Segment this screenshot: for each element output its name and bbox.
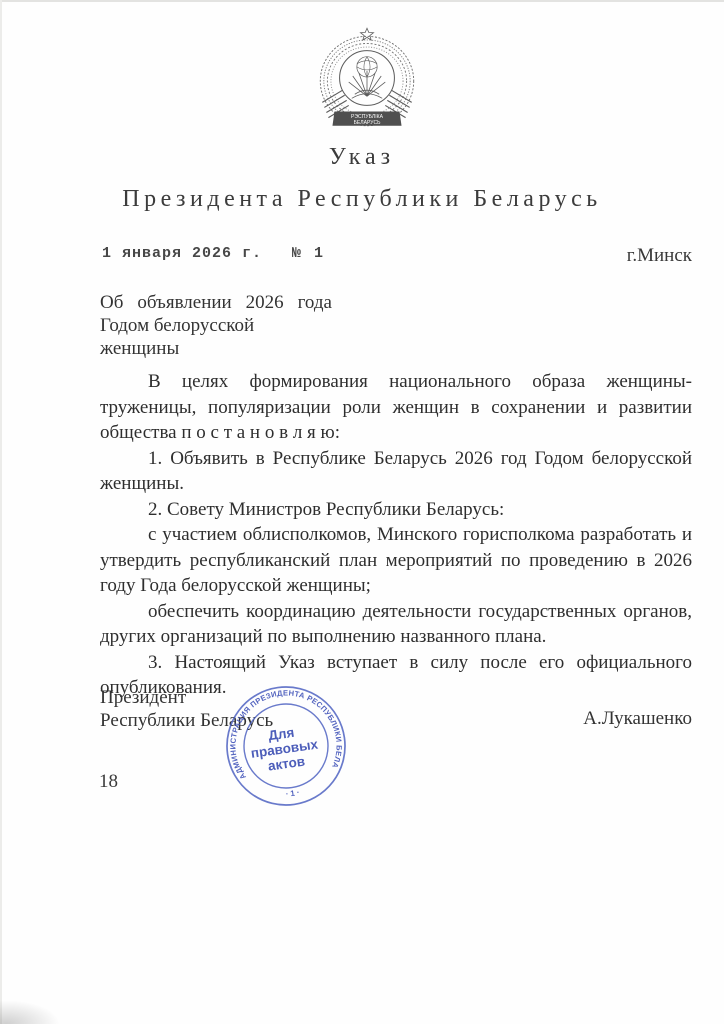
decree-document-page: РЭСПУБЛІКА БЕЛАРУСЬ Указ Президента Респ… bbox=[0, 0, 724, 1024]
official-stamp: АДМИНИСТРАЦИЯ ПРЕЗИДЕНТА РЕСПУБЛИКИ БЕЛА… bbox=[216, 676, 356, 816]
signer-name: А.Лукашенко bbox=[583, 707, 692, 730]
signer-position-line-1: Президент bbox=[100, 686, 692, 709]
subject-line-2: Годом белорусской женщины bbox=[100, 314, 332, 360]
body-paragraph: 2. Совету Министров Республики Беларусь: bbox=[100, 497, 692, 523]
belarus-coat-of-arms-icon: РЭСПУБЛІКА БЕЛАРУСЬ bbox=[302, 26, 432, 130]
document-city: г.Минск bbox=[627, 245, 692, 267]
body-paragraph: обеспечить координацию деятельности госу… bbox=[100, 599, 692, 650]
body-paragraph: В целях формирования национального образ… bbox=[100, 369, 692, 446]
body-paragraph: с участием облисполкомов, Минского горис… bbox=[100, 522, 692, 599]
document-subject: Об объявлении 2026 года Годом белорусско… bbox=[100, 291, 332, 360]
document-date: 1 января 2026 г. bbox=[102, 245, 262, 262]
decree-body: В целях формирования национального образ… bbox=[100, 369, 692, 701]
scan-edge-artifact bbox=[0, 0, 724, 2]
emblem-banner-text-line2: БЕЛАРУСЬ bbox=[354, 120, 382, 126]
page-number: 18 bbox=[99, 771, 118, 793]
subject-line-1: Об объявлении 2026 года bbox=[100, 291, 332, 314]
document-type-title: Указ bbox=[0, 144, 724, 171]
document-number: № 1 bbox=[292, 245, 325, 262]
issuing-authority-title: Президента Республики Беларусь bbox=[0, 186, 724, 213]
scan-smudge-artifact bbox=[0, 1000, 60, 1024]
stamp-bottom-number: · 1 · bbox=[285, 788, 301, 799]
body-paragraph: 1. Объявить в Республике Беларусь 2026 г… bbox=[100, 446, 692, 497]
signature-block: Президент Республики Беларусь А.Лукашенк… bbox=[100, 686, 692, 732]
svg-text:· 1 ·: · 1 · bbox=[285, 788, 301, 799]
meta-row: 1 января 2026 г. № 1 г.Минск bbox=[100, 245, 692, 267]
